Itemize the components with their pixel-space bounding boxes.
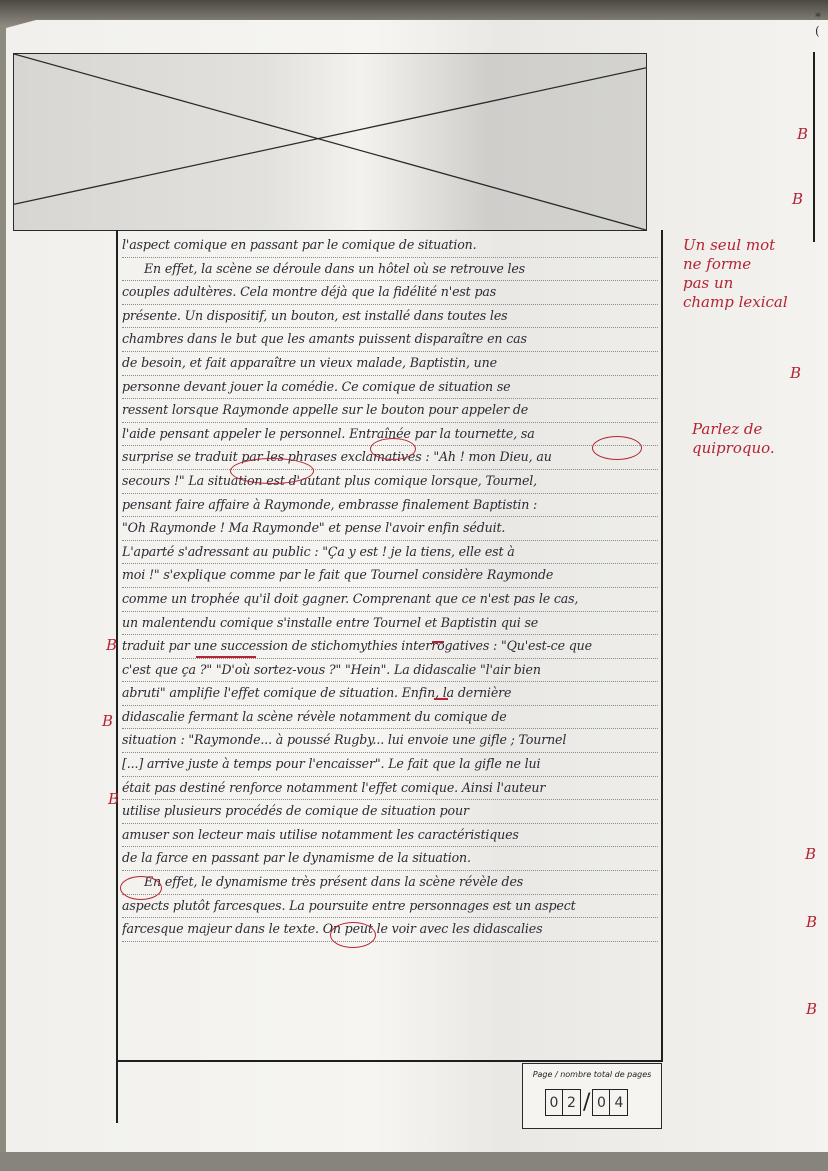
grade-mark: B bbox=[108, 790, 119, 808]
margin-comment-lexical-field: Un seul mot ne forme pas un champ lexica… bbox=[683, 236, 788, 312]
text-line: était pas destiné renforce notamment l'e… bbox=[122, 777, 658, 801]
text-line: un malentendu comique s'installe entre T… bbox=[122, 612, 658, 636]
comment-line: Un seul mot bbox=[683, 236, 788, 255]
text-line: présente. Un dispositif, un bouton, est … bbox=[122, 305, 658, 329]
text-line: couples adultères. Cela montre déjà que … bbox=[122, 281, 658, 305]
text-line: ressent lorsque Raymonde appelle sur le … bbox=[122, 399, 658, 423]
grade-mark: B bbox=[805, 845, 816, 863]
text-line: c'est que ça ?" "D'où sortez-vous ?" "He… bbox=[122, 659, 658, 683]
correction-circle bbox=[370, 438, 416, 460]
text-line: En effet, le dynamisme très présent dans… bbox=[122, 871, 658, 895]
correction-circle bbox=[592, 436, 642, 460]
comment-line: pas un bbox=[683, 274, 788, 293]
text-line: abruti" amplifie l'effet comique de situ… bbox=[122, 682, 658, 706]
text-line: [...] arrive juste à temps pour l'encais… bbox=[122, 753, 658, 777]
text-line: chambres dans le but que les amants puis… bbox=[122, 328, 658, 352]
text-line: de la farce en passant par le dynamisme … bbox=[122, 847, 658, 871]
grade-mark: B bbox=[792, 190, 803, 208]
page-digit: 2 bbox=[563, 1089, 581, 1116]
text-line: comme un trophée qu'il doit gagner. Comp… bbox=[122, 588, 658, 612]
page-slash: / bbox=[583, 1090, 590, 1115]
correction-circle bbox=[120, 876, 162, 900]
text-line: En effet, la scène se déroule dans un hô… bbox=[122, 258, 658, 282]
text-line: farcesque majeur dans le texte. On peut … bbox=[122, 918, 658, 942]
grade-mark: B bbox=[790, 364, 801, 382]
grade-mark: B bbox=[806, 1000, 817, 1018]
page-counter-digits: 0 2 / 0 4 bbox=[545, 1089, 628, 1116]
text-line: l'aspect comique en passant par le comiq… bbox=[122, 234, 658, 258]
page-counter-box: Page / nombre total de pages 0 2 / 0 4 bbox=[522, 1063, 662, 1129]
page-counter-label: Page / nombre total de pages bbox=[523, 1070, 661, 1079]
comment-line: ne forme bbox=[683, 255, 788, 274]
correction-underline bbox=[434, 698, 448, 700]
text-line: pensant faire affaire à Raymonde, embras… bbox=[122, 494, 658, 518]
text-line: "Oh Raymonde ! Ma Raymonde" et pense l'a… bbox=[122, 517, 658, 541]
cross-lines-icon bbox=[14, 54, 646, 230]
grade-mark: B bbox=[797, 125, 808, 143]
text-line: personne devant jouer la comédie. Ce com… bbox=[122, 376, 658, 400]
crossed-out-header-box bbox=[13, 53, 647, 231]
total-digit: 4 bbox=[610, 1089, 628, 1116]
text-line: secours !" La situation est d'autant plu… bbox=[122, 470, 658, 494]
grade-mark: B bbox=[106, 636, 117, 654]
text-line: de besoin, et fait apparaître un vieux m… bbox=[122, 352, 658, 376]
text-line: L'aparté s'adressant au public : "Ça y e… bbox=[122, 541, 658, 565]
edge-mark: ( bbox=[815, 24, 821, 38]
correction-circle bbox=[230, 458, 314, 484]
text-line: situation : "Raymonde... à poussé Rugby.… bbox=[122, 729, 658, 753]
correction-underline bbox=[196, 656, 256, 658]
grade-mark: B bbox=[806, 913, 817, 931]
margin-comment-quiproquo: Parlez de quiproquo. bbox=[692, 420, 775, 458]
comment-line: champ lexical bbox=[683, 293, 788, 312]
text-line: didascalie fermant la scène révèle notam… bbox=[122, 706, 658, 730]
grade-mark: B bbox=[102, 712, 113, 730]
text-line: amuser son lecteur mais utilise notammen… bbox=[122, 824, 658, 848]
comment-line: quiproquo. bbox=[692, 439, 775, 458]
total-digit: 0 bbox=[592, 1089, 610, 1116]
correction-circle bbox=[330, 922, 376, 948]
text-line: moi !" s'explique comme par le fait que … bbox=[122, 564, 658, 588]
edge-marks: * ( bbox=[815, 10, 821, 38]
scan-background-bottom bbox=[0, 1152, 828, 1171]
right-margin-rule bbox=[813, 52, 815, 242]
page-digit: 0 bbox=[545, 1089, 563, 1116]
comment-line: Parlez de bbox=[692, 420, 775, 439]
handwritten-text-body: l'aspect comique en passant par le comiq… bbox=[122, 234, 658, 942]
correction-underline bbox=[432, 641, 444, 643]
text-line: utilise plusieurs procédés de comique de… bbox=[122, 800, 658, 824]
edge-mark: * bbox=[815, 10, 821, 24]
text-line: aspects plutôt farcesques. La poursuite … bbox=[122, 895, 658, 919]
